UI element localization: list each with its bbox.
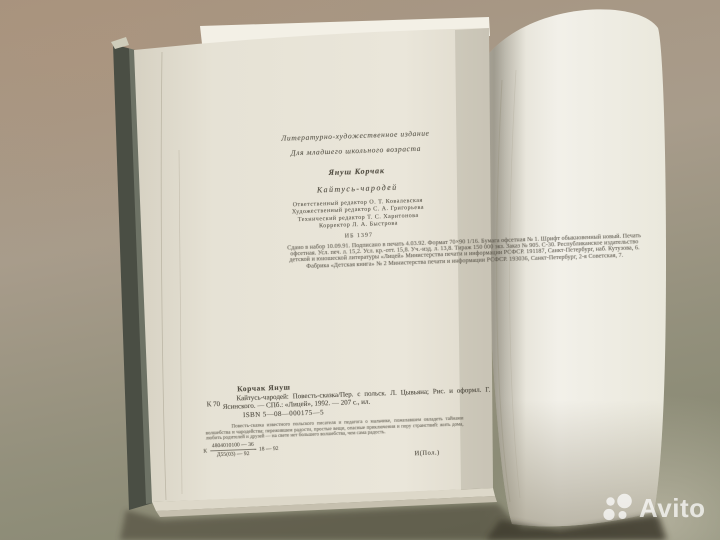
book-photo-scene: Литературно-художественное издание Для м… xyxy=(0,0,720,540)
catalog-index: К 70 xyxy=(207,400,221,408)
isbn: ISBN 5—08—000175—5 xyxy=(243,408,324,419)
catalog-formula: К 4804010100 — 36 Д55(03) — 92 18 — 92 xyxy=(203,441,279,459)
formula-fraction: 4804010100 — 36 Д55(03) — 92 xyxy=(210,442,256,459)
catalog-author: Корчак Януш xyxy=(237,383,291,394)
avito-watermark: Avito xyxy=(601,493,706,524)
edition-note: Литературно-художественное издание Для м… xyxy=(175,122,536,165)
classification-code: И(Пол.) xyxy=(414,449,439,457)
formula-prefix: К xyxy=(203,448,207,454)
avito-logo-icon xyxy=(601,493,634,524)
annotation-paragraph: Повесть-сказка известного польского писа… xyxy=(205,416,463,442)
avito-watermark-label: Avito xyxy=(639,493,706,524)
colophon-page-text: Литературно-художественное издание Для м… xyxy=(172,22,549,514)
formula-denominator: Д55(03) — 92 xyxy=(210,450,256,459)
formula-suffix: 18 — 92 xyxy=(259,445,279,452)
